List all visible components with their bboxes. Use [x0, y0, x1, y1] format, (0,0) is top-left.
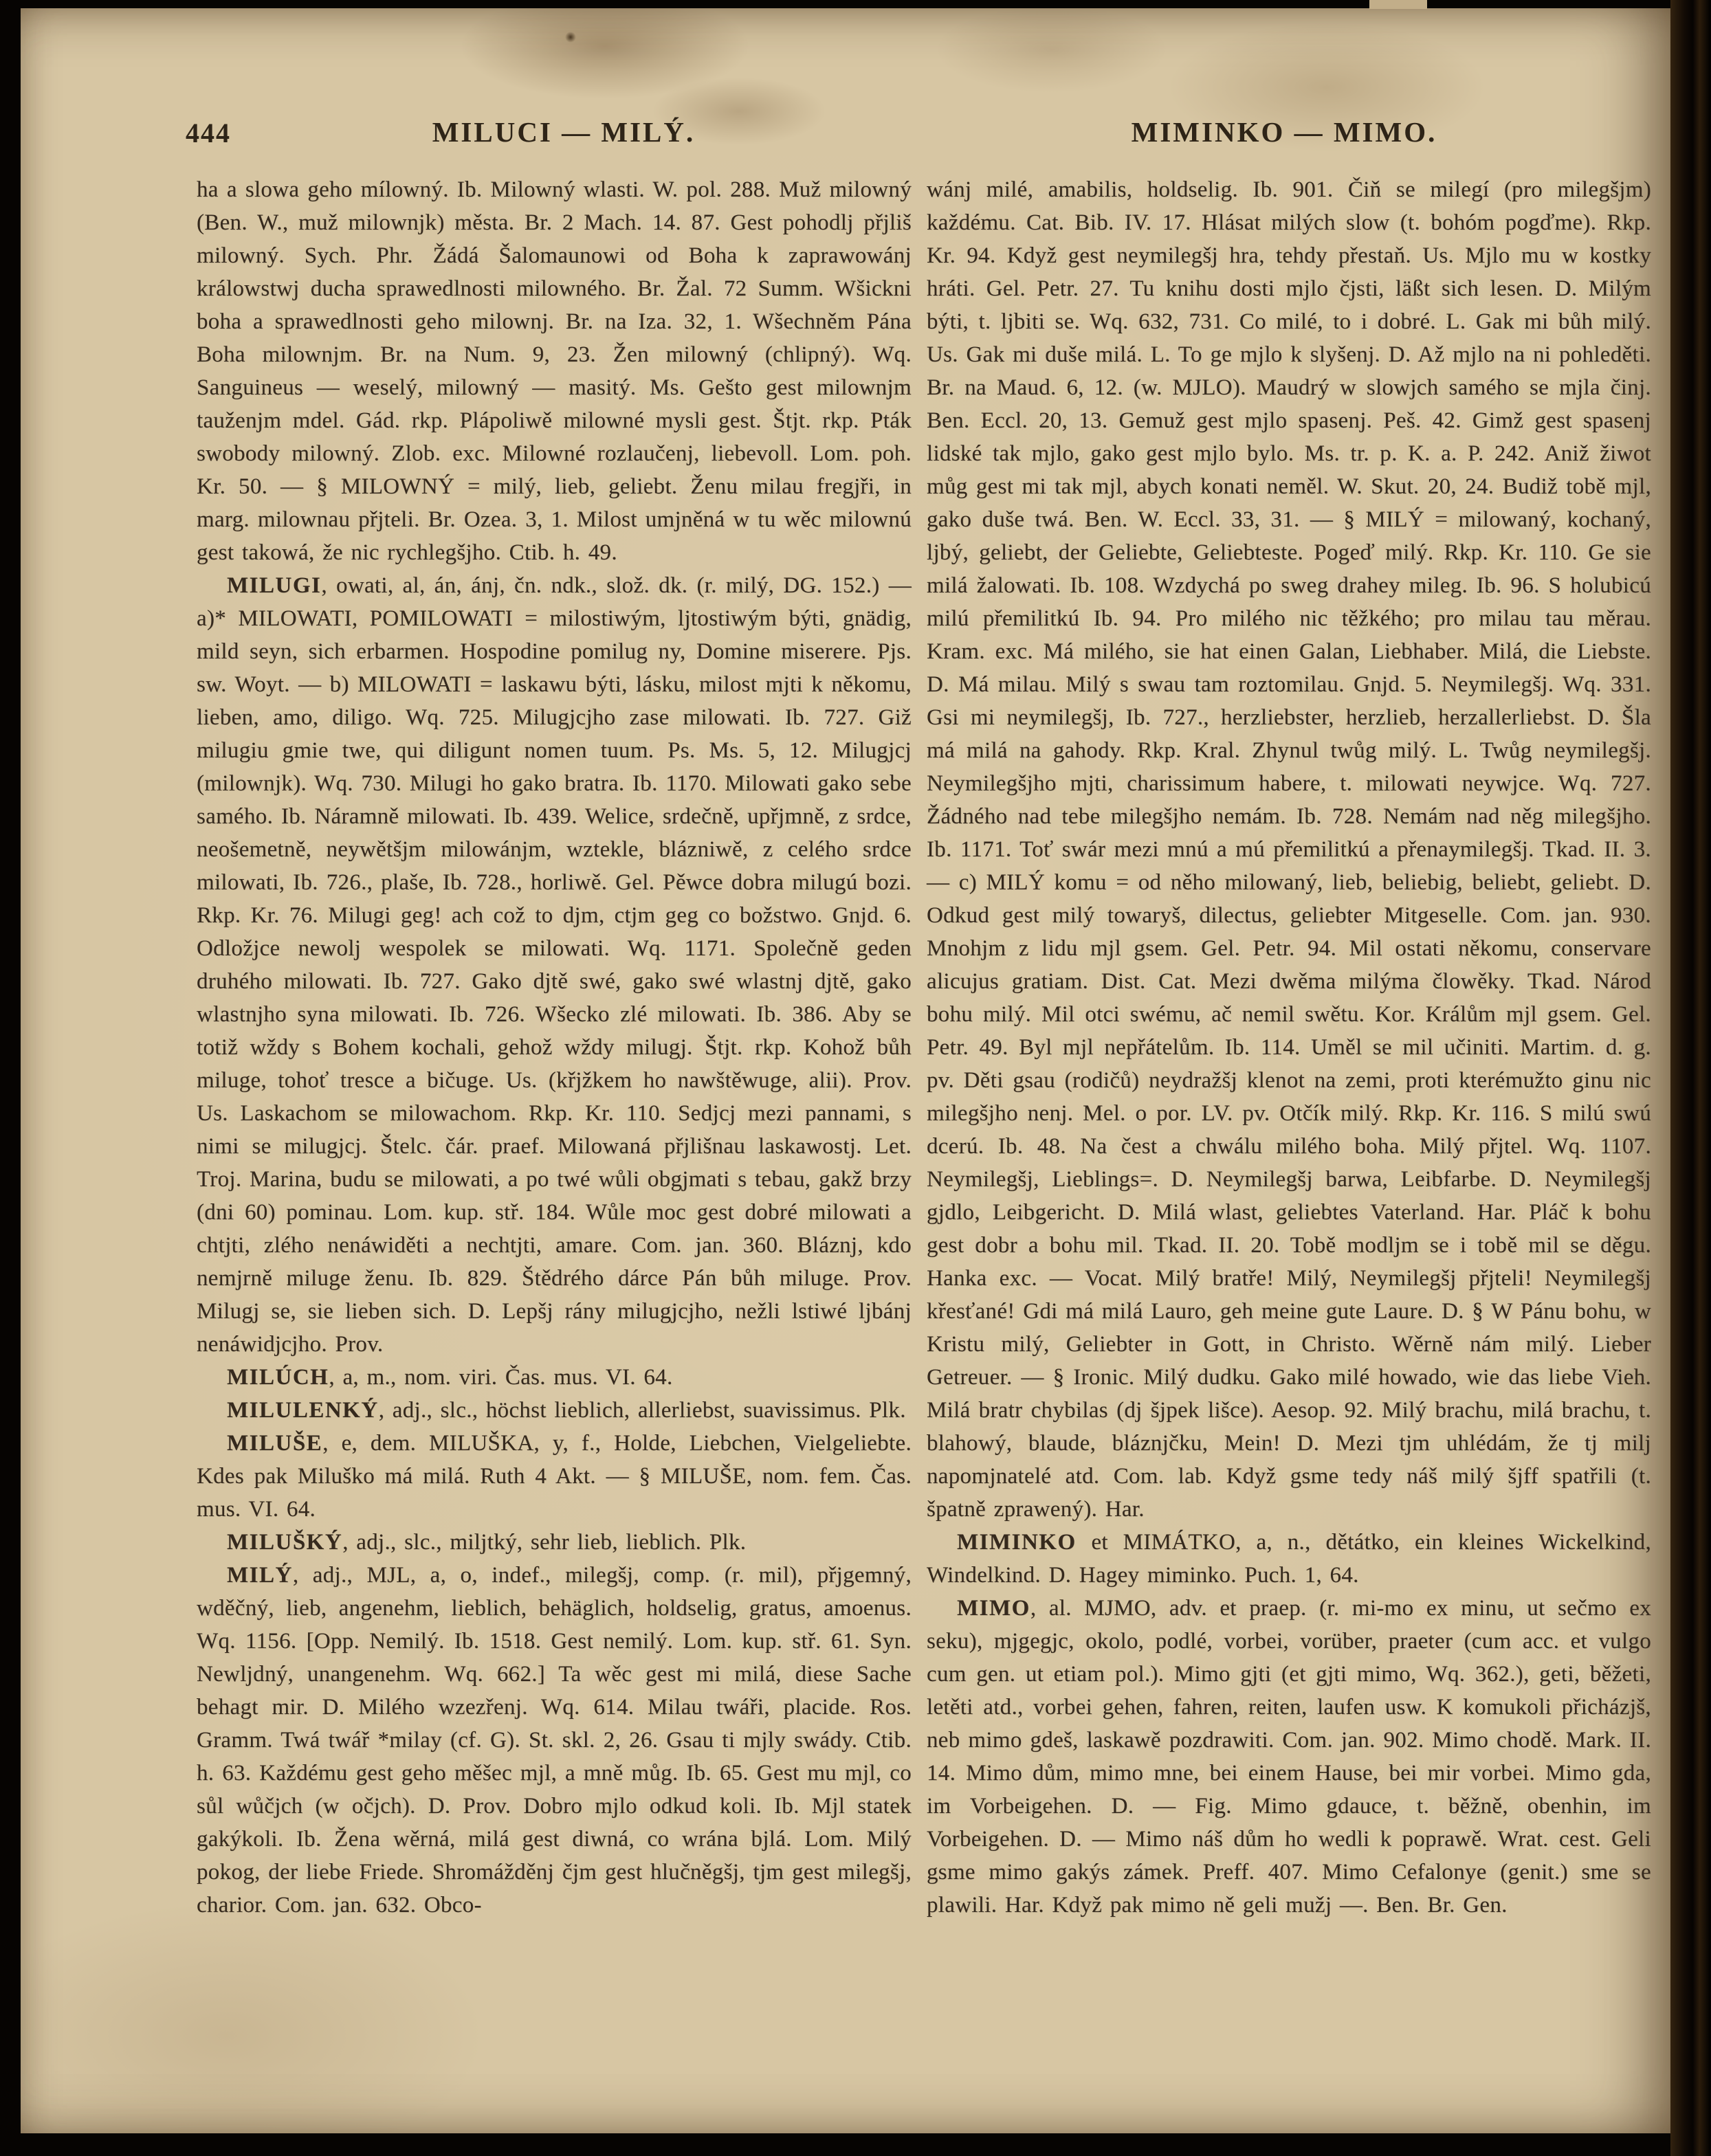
dictionary-entry: MILÝ, adj., MJL, a, o, indef., milegšj, … [197, 1559, 912, 1922]
entry-headword: MIMINKO [957, 1530, 1077, 1555]
entry-headword: MILUŠKÝ [227, 1530, 342, 1555]
dictionary-entry: MILUŠE, e, dem. MILUŠKA, y, f., Holde, L… [197, 1427, 912, 1526]
entry-text: , a, m., nom. viri. Čas. mus. VI. 64. [329, 1365, 672, 1390]
entry-headword: MILUGI [227, 573, 321, 598]
running-head-right: MIMINKO — MIMO. [1132, 115, 1437, 148]
right-column: wánj milé, amabilis, holdselig. Ib. 901.… [927, 173, 1651, 1922]
page-number: 444 [186, 117, 231, 149]
book-page: 444 MILUCI — MILÝ. MIMINKO — MIMO. ha a … [21, 8, 1670, 2133]
dictionary-entry: MILÚCH, a, m., nom. viri. Čas. mus. VI. … [197, 1361, 912, 1394]
paragraph-continuation: ha a slowa geho mílowný. Ib. Milowný wla… [197, 173, 912, 569]
running-head-left: MILUCI — MILÝ. [432, 115, 696, 148]
book-gutter-shadow [1670, 0, 1711, 2156]
dictionary-entry: MIMO, al. MJMO, adv. et praep. (r. mi-mo… [927, 1592, 1651, 1922]
entry-headword: MILULENKÝ [227, 1398, 379, 1423]
entry-text: , adj., MJL, a, o, indef., milegšj, comp… [197, 1563, 912, 1918]
entry-headword: MILÝ [227, 1563, 293, 1588]
entry-text: , owati, al, án, ánj, čn. ndk., slož. dk… [197, 573, 912, 1357]
dictionary-entry: MILULENKÝ, adj., slc., höchst lieblich, … [197, 1394, 912, 1427]
entry-text: , al. MJMO, adv. et praep. (r. mi-mo ex … [927, 1596, 1651, 1918]
scan-border-notch [1369, 0, 1427, 9]
dictionary-entry: MILUŠKÝ, adj., slc., miljtký, sehr lieb,… [197, 1526, 912, 1559]
entry-text: wánj milé, amabilis, holdselig. Ib. 901.… [927, 177, 1651, 1522]
entry-headword: MILUŠE [227, 1431, 322, 1456]
paragraph-continuation: wánj milé, amabilis, holdselig. Ib. 901.… [927, 173, 1651, 1526]
dictionary-entry: MIMINKO et MIMÁTKO, a, n., dětátko, ein … [927, 1526, 1651, 1592]
entry-text: , adj., slc., höchst lieblich, allerlieb… [379, 1398, 906, 1423]
entry-text: ha a slowa geho mílowný. Ib. Milowný wla… [197, 177, 912, 565]
entry-headword: MILÚCH [227, 1365, 329, 1390]
dictionary-entry: MILUGI, owati, al, án, ánj, čn. ndk., sl… [197, 569, 912, 1361]
left-column: ha a slowa geho mílowný. Ib. Milowný wla… [197, 173, 912, 1922]
entry-headword: MIMO [957, 1596, 1030, 1621]
entry-text: , adj., slc., miljtký, sehr lieb, liebli… [342, 1530, 746, 1555]
